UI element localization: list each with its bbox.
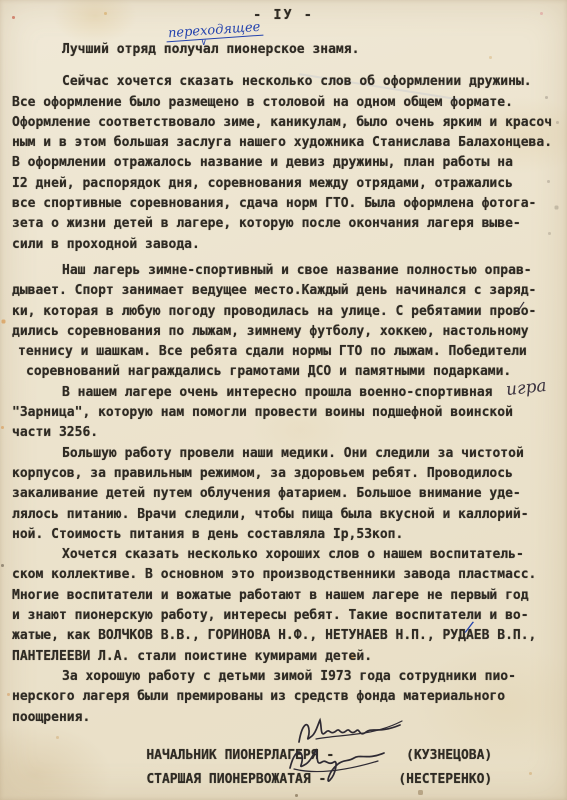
scanned-document-page: - IУ - Лучший отряд получал пионерское з… xyxy=(0,0,567,800)
typed-line: дывает. Спорт занимает ведущее место.Каж… xyxy=(12,281,565,301)
page-number: - IУ - xyxy=(0,7,567,23)
typed-line: закаливание детей путем облучения фатари… xyxy=(12,484,565,504)
signature-name-senior-leader: (НЕСТЕРЕНКО) xyxy=(398,772,492,787)
typed-line: Большую работу провели наши медики. Они … xyxy=(12,444,565,464)
typed-line: нерского лагеря были премированы из сред… xyxy=(12,687,565,707)
typed-line: В оформлении отражалось название и девиз… xyxy=(12,153,565,173)
typed-line: Хочется сказать несколько хороших слов о… xyxy=(12,545,565,565)
typed-line: Многие воспитатели и вожатые работают в … xyxy=(12,586,565,606)
typed-line: зета о жизни детей в лагере, которую пос… xyxy=(12,214,565,234)
typed-line: части 3256. xyxy=(12,423,565,443)
typed-line: поощрения. xyxy=(12,708,565,728)
handwritten-signature-nesterenko-icon xyxy=(286,742,390,788)
typed-line: За хорошую работу с детьми зимой I973 го… xyxy=(12,667,565,687)
paper-stains xyxy=(0,0,1,1)
typed-line: Сейчас хочется сказать несколько слов об… xyxy=(12,72,565,92)
typed-line: ском коллективе. В основном это производ… xyxy=(12,565,565,585)
typed-line: дились соревнования по лыжам, зимнему фу… xyxy=(12,322,565,342)
typed-text-block: Лучший отряд получал пионерское знамя.Се… xyxy=(12,40,565,728)
handwritten-insertion-blue: переходящее xyxy=(166,20,263,43)
typed-line: теннису и шашкам. Все ребята сдали нормы… xyxy=(18,342,565,362)
typed-line: Наш лагерь зимне-спортивный и свое назва… xyxy=(12,261,565,281)
typed-line: ным и в этом большая заслуга нашего худо… xyxy=(12,133,565,153)
typed-line: ПАНТЕЛЕЕВИ Л.А. стали поистине кумирами … xyxy=(12,647,565,667)
typed-line: все спортивные соревнования, сдача норм … xyxy=(12,194,565,214)
typed-line: лялось питанию. Врачи следили, чтобы пищ… xyxy=(12,505,565,525)
typed-line: ки, которая в любую погоду проводилась н… xyxy=(12,302,565,322)
handwritten-margin-word: игра xyxy=(505,376,547,400)
typed-line: Все оформление было размещено в столовой… xyxy=(12,93,565,113)
insertion-caret-mark: ∨ xyxy=(201,38,206,48)
typed-line: "Зарница", которую нам помогли провести … xyxy=(12,403,565,423)
typed-line: Оформление соответствовало зиме, каникул… xyxy=(12,113,565,133)
typed-line: ной. Стоимость питания в день составляла… xyxy=(12,525,565,545)
typed-line: I2 дней, распорядок дня, соревнования ме… xyxy=(12,174,565,194)
typed-line: корпусов, за правильным режимом, за здор… xyxy=(12,464,565,484)
typed-line: и знают пионерскую работу, интересы ребя… xyxy=(12,606,565,626)
typed-line: Лучший отряд получал пионерское знамя. xyxy=(12,40,565,60)
typed-line: В нашем лагере очень интересно прошла во… xyxy=(12,383,565,403)
typed-line: соревнований награждались грамотами ДСО … xyxy=(26,362,565,382)
typed-line: жатые, как ВОЛЧКОВ В.В., ГОРИНОВА Н.Ф., … xyxy=(12,626,565,646)
typed-line: сили в проходной завода. xyxy=(12,235,565,255)
